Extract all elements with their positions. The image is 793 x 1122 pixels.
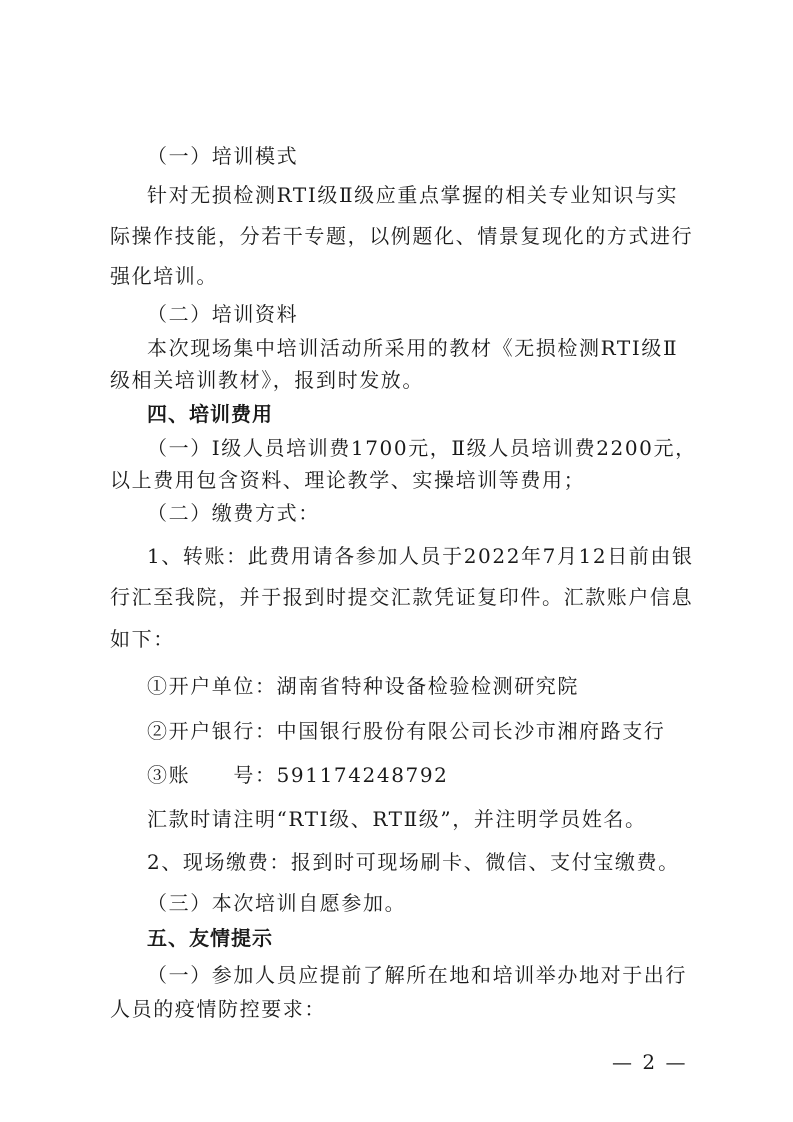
onsite-payment: 2、现场缴费：报到时可现场刷卡、微信、支付宝缴费。: [147, 850, 680, 874]
section-heading-fees: 四、培训费用: [147, 402, 273, 426]
paragraph-line: 人员的疫情防控要求：: [110, 997, 326, 1021]
paragraph-line: 级相关培训教材》，报到时发放。: [110, 368, 424, 392]
account-holder: ①开户单位：湖南省特种设备检验检测研究院: [147, 674, 579, 698]
paragraph-line: 如下：: [110, 627, 175, 651]
subsection-heading-materials: （二）培训资料: [147, 302, 298, 326]
remittance-note: 汇款时请注明“RTⅠ级、RTⅡ级”，并注明学员姓名。: [147, 807, 647, 831]
section-heading-tips: 五、友情提示: [147, 926, 273, 950]
subsection-heading-payment: （二）缴费方式：: [147, 501, 320, 525]
paragraph-line: （一）参加人员应提前了解所在地和培训举办地对于出行: [147, 963, 687, 987]
paragraph-line: 以上费用包含资料、理论教学、实操培训等费用；: [110, 468, 585, 492]
subsection-heading-training-mode: （一）培训模式: [147, 144, 298, 168]
page-number: — 2 —: [612, 1050, 687, 1074]
paragraph-line: 本次现场集中培训活动所采用的教材《无损检测RTⅠ级Ⅱ: [147, 336, 678, 360]
voluntary-note: （三）本次培训自愿参加。: [147, 891, 406, 915]
paragraph-line: 针对无损检测RTⅠ级Ⅱ级应重点掌握的相关专业知识与实: [147, 183, 678, 207]
account-number: ③账 号：591174248792: [147, 763, 449, 787]
paragraph-line: 际操作技能，分若干专题，以例题化、情景复现化的方式进行: [110, 224, 693, 248]
paragraph-line: 1、转账：此费用请各参加人员于2022年7月12日前由银: [147, 544, 694, 568]
paragraph-line: 强化培训。: [110, 264, 218, 288]
account-bank: ②开户银行：中国银行股份有限公司长沙市湘府路支行: [147, 719, 665, 743]
paragraph-line: （一）Ⅰ级人员培训费1700元，Ⅱ级人员培训费2200元，: [147, 436, 697, 460]
paragraph-line: 行汇至我院，并于报到时提交汇款凭证复印件。汇款账户信息: [110, 585, 693, 609]
